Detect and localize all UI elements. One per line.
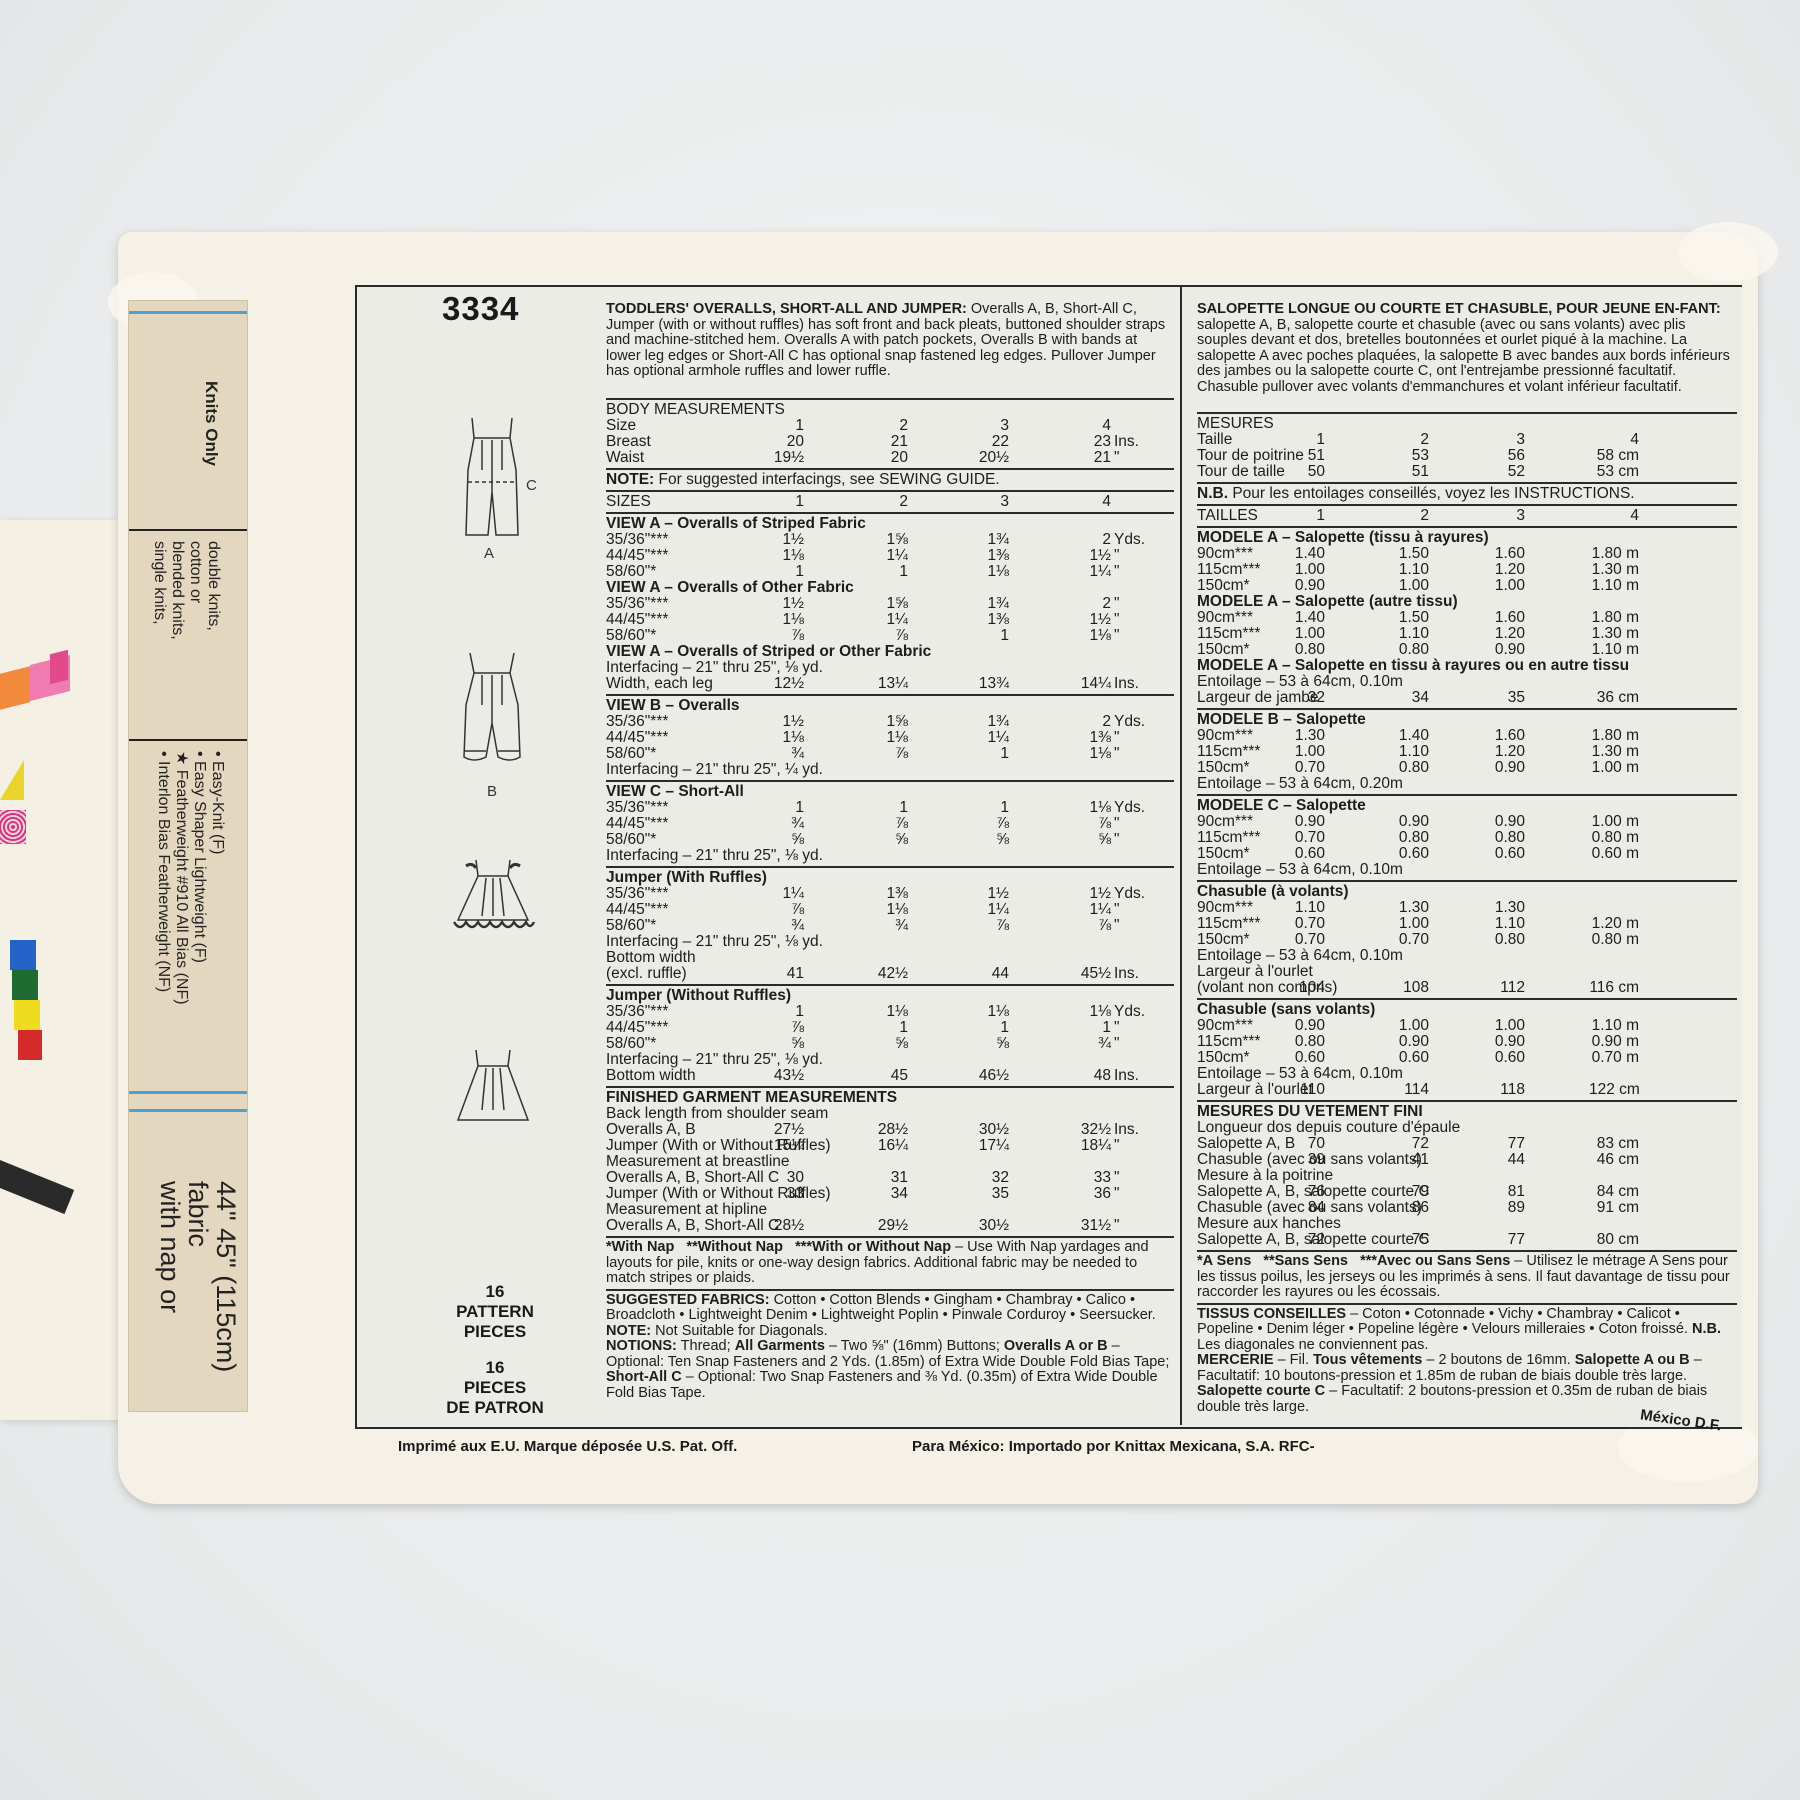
tissus-mercerie: TISSUS CONSEILLES – Coton • Cotonnade • … — [1197, 1307, 1737, 1416]
table-row: 115cm***0.700.800.800.80 m — [1197, 830, 1737, 846]
row-value: 42½ — [858, 966, 908, 982]
row-value: 1.00 — [1379, 916, 1429, 932]
row-value: 3 — [959, 418, 1009, 434]
table-row: Entoilage – 53 à 64cm, 0.10m — [1197, 862, 1737, 878]
row-label: 35/36"*** — [606, 1004, 668, 1020]
row-value: 28½ — [858, 1122, 908, 1138]
row-value: 2 — [1379, 508, 1429, 524]
tissus-nb-text: Les diagonales ne conviennent pas. — [1197, 1337, 1428, 1353]
row-value: ⅞ — [754, 902, 804, 918]
mercerie-tous-label: Tous vêtements — [1313, 1352, 1422, 1368]
row-unit: " — [1114, 596, 1120, 612]
row-value: 1.20 — [1475, 626, 1525, 642]
row-value: 20½ — [959, 450, 1009, 466]
row-value: 1 — [858, 1020, 908, 1036]
row-label: TAILLES — [1197, 508, 1258, 524]
row-value: 43½ — [754, 1068, 804, 1084]
rule — [606, 866, 1174, 868]
row-value: 1.00 — [1275, 562, 1325, 578]
row-value: 1.80 m — [1589, 546, 1639, 562]
row-label: Interfacing – 21" thru 25", ⅛ yd. — [606, 1052, 823, 1068]
row-label: Largeur à l'ourlet — [1197, 964, 1313, 980]
table-row: Entoilage – 53 à 64cm, 0.10m — [1197, 674, 1737, 690]
pieces-count-fr: 16 — [435, 1358, 555, 1378]
table-row: Interfacing – 21" thru 25", ⅛ yd. — [606, 848, 1174, 864]
rule — [606, 780, 1174, 782]
row-unit: " — [1114, 1020, 1120, 1036]
row-unit: " — [1114, 832, 1120, 848]
rule — [1197, 1303, 1737, 1305]
row-unit: " — [1114, 564, 1120, 580]
row-value: 1.10 m — [1589, 642, 1639, 658]
row-value: 1.00 — [1475, 1018, 1525, 1034]
table-row: 44/45"***1⅛1¼1⅜1½" — [606, 612, 1174, 628]
row-value: 1.00 — [1475, 578, 1525, 594]
notions-text: Thread; — [681, 1338, 731, 1354]
row-value: 52 — [1475, 464, 1525, 480]
fabric-width-1: 44" 45" (115cm) — [211, 1181, 241, 1372]
notions-text: – Two ⅝" (16mm) Buttons; — [829, 1338, 1000, 1354]
row-value: 50 — [1275, 464, 1325, 480]
table-row: 90cm***0.901.001.001.10 m — [1197, 1018, 1737, 1034]
row-value: 0.90 — [1275, 814, 1325, 830]
nb-row: N.B. Pour les entoilages conseillés, voy… — [1197, 486, 1737, 502]
row-value: 3 — [1475, 508, 1525, 524]
table-row: Salopette A, B, salopette courte C767981… — [1197, 1184, 1737, 1200]
row-label: Tour de taille — [1197, 464, 1285, 480]
row-value: 0.80 — [1475, 830, 1525, 846]
row-value: 1.10 — [1379, 562, 1429, 578]
row-value: 0.80 — [1379, 830, 1429, 846]
rule — [1197, 708, 1737, 710]
table-row: 150cm*0.600.600.600.60 m — [1197, 846, 1737, 862]
table-row: Bottom width43½4546½48Ins. — [606, 1068, 1174, 1084]
row-value: 29½ — [858, 1218, 908, 1234]
table-row: 44/45"***1⅛1⅛1¼1⅜" — [606, 730, 1174, 746]
row-label: Interfacing – 21" thru 25", ¼ yd. — [606, 762, 823, 778]
row-value: 16¼ — [858, 1138, 908, 1154]
row-value: 0.90 — [1275, 578, 1325, 594]
table-row: Overalls A, B27½28½30½32½Ins. — [606, 1122, 1174, 1138]
rule — [606, 398, 1174, 400]
table-row: 150cm*0.800.800.901.10 m — [1197, 642, 1737, 658]
jumper-plain-illustration — [448, 1040, 538, 1130]
row-value: 1.10 — [1379, 626, 1429, 642]
view-label-c: C — [526, 477, 537, 494]
section-title: BODY MEASUREMENTS — [606, 402, 1174, 418]
rule — [606, 512, 1174, 514]
table-row: Jumper (With or Without Ruffles)33343536… — [606, 1186, 1174, 1202]
row-value: 77 — [1475, 1136, 1525, 1152]
row-value: 1¾ — [959, 714, 1009, 730]
row-value: ⅞ — [858, 746, 908, 762]
row-value: 3 — [959, 494, 1009, 510]
section-title: FINISHED GARMENT MEASUREMENTS — [606, 1090, 1174, 1106]
language-divider — [1180, 285, 1182, 1425]
row-label: 58/60"* — [606, 746, 656, 762]
table-row: 35/36"***1½1⅝1¾2" — [606, 596, 1174, 612]
row-value: 1.40 — [1275, 610, 1325, 626]
row-value: 1 — [1061, 1020, 1111, 1036]
rule — [606, 694, 1174, 696]
row-value: 32 — [1275, 690, 1325, 706]
row-value: 86 — [1379, 1200, 1429, 1216]
table-row: Entoilage – 53 à 64cm, 0.10m — [1197, 1066, 1737, 1082]
row-value: 4 — [1589, 508, 1639, 524]
row-unit: " — [1114, 902, 1120, 918]
row-label: 90cm*** — [1197, 610, 1253, 626]
knit-type-4: single knits, — [150, 541, 169, 625]
row-label: Interfacing – 21" thru 25", ⅛ yd. — [606, 848, 823, 864]
row-value: 1⅛ — [1061, 628, 1111, 644]
french-title: SALOPETTE LONGUE OU COURTE ET CHASUBLE, … — [1197, 301, 1721, 317]
row-value: 12½ — [754, 676, 804, 692]
row-value: 36 cm — [1589, 690, 1639, 706]
rule — [1197, 482, 1737, 484]
divider — [129, 529, 247, 531]
row-value: 0.90 — [1475, 760, 1525, 776]
row-value: 1.10 — [1475, 916, 1525, 932]
jumper-ruffled-icon — [448, 850, 538, 940]
row-label: 35/36"*** — [606, 800, 668, 816]
row-value: 104 — [1275, 980, 1325, 996]
row-value: 34 — [858, 1186, 908, 1202]
row-value: 1.00 m — [1589, 760, 1639, 776]
row-label: Measurement at breastline — [606, 1154, 790, 1170]
row-value: 1 — [959, 628, 1009, 644]
row-value: ⅝ — [754, 832, 804, 848]
overalls-banded-icon — [452, 645, 532, 770]
row-value: 122 cm — [1589, 1082, 1639, 1098]
row-value: 0.60 — [1379, 846, 1429, 862]
row-value: 51 — [1275, 448, 1325, 464]
table-row: Entoilage – 53 à 64cm, 0.10m — [1197, 948, 1737, 964]
row-value: ⅞ — [858, 816, 908, 832]
row-value: 0.90 — [1475, 1034, 1525, 1050]
row-unit: " — [1114, 730, 1120, 746]
section-title: VIEW C – Short-All — [606, 784, 1174, 800]
fabrics-note-text: Not Suitable for Diagonals. — [655, 1323, 828, 1339]
row-value: 44 — [959, 966, 1009, 982]
table-row: Back length from shoulder seam — [606, 1106, 1174, 1122]
row-value: 89 — [1475, 1200, 1525, 1216]
row-label: 44/45"*** — [606, 548, 668, 564]
table-row: 150cm*0.600.600.600.70 m — [1197, 1050, 1737, 1066]
row-value: 77 — [1475, 1232, 1525, 1248]
table-row: Waist19½2020½21" — [606, 450, 1174, 466]
row-value: 2 — [858, 418, 908, 434]
row-value: 0.70 — [1275, 830, 1325, 846]
table-row: (volant non compris)104108112116 cm — [1197, 980, 1737, 996]
section-title: VIEW A – Overalls of Striped or Other Fa… — [606, 644, 1174, 660]
interfacing-1: • Easy-Knit (F) — [208, 751, 227, 854]
row-value: 48 — [1061, 1068, 1111, 1084]
row-value: 4 — [1589, 432, 1639, 448]
row-label: 115cm*** — [1197, 744, 1260, 760]
row-value: 1⅛ — [1061, 746, 1111, 762]
fabric-info-strip: Knits Only double knits, cotton or blend… — [128, 300, 248, 1412]
row-label: Entoilage – 53 à 64cm, 0.10m — [1197, 674, 1403, 690]
row-unit: " — [1114, 1036, 1120, 1052]
table-row: 44/45"***1⅛1¼1⅜1½" — [606, 548, 1174, 564]
rule — [1197, 880, 1737, 882]
table-row: SIZES1234 — [606, 494, 1174, 510]
row-value: 1⅜ — [959, 612, 1009, 628]
row-value: 1.20 — [1475, 562, 1525, 578]
row-value: 1.00 — [1379, 578, 1429, 594]
row-value: 1¼ — [1061, 564, 1111, 580]
color-bar-black — [0, 1160, 74, 1214]
table-row: Largeur de jambe32343536 cm — [1197, 690, 1737, 706]
table-row: 35/36"***1½1⅝1¾2Yds. — [606, 532, 1174, 548]
pieces-count: 16 — [440, 1282, 550, 1302]
section-title: MODELE B – Salopette — [1197, 712, 1737, 728]
table-row: Measurement at hipline — [606, 1202, 1174, 1218]
row-label: 90cm*** — [1197, 814, 1253, 830]
table-row: 35/36"***1111⅛Yds. — [606, 800, 1174, 816]
without-nap-label: **Without Nap — [686, 1239, 783, 1255]
rule — [606, 490, 1174, 492]
row-value: 30½ — [959, 1218, 1009, 1234]
row-value: 1.20 m — [1589, 916, 1639, 932]
row-label: 150cm* — [1197, 760, 1250, 776]
view-label-a: A — [484, 545, 494, 562]
table-row: 115cm***1.001.101.201.30 m — [1197, 626, 1737, 642]
row-value: 1.00 — [1275, 744, 1325, 760]
note-text: For suggested interfacings, see SEWING G… — [659, 471, 1000, 488]
row-unit: " — [1114, 816, 1120, 832]
row-unit: " — [1114, 628, 1120, 644]
row-value: 2 — [1061, 714, 1111, 730]
table-row: Interfacing – 21" thru 25", ⅛ yd. — [606, 660, 1174, 676]
row-value: 1.30 m — [1589, 626, 1639, 642]
row-label: 90cm*** — [1197, 728, 1253, 744]
nb-label: N.B. — [1197, 485, 1228, 502]
row-value: 0.70 — [1379, 932, 1429, 948]
pattern-pieces-en: 16 PATTERN PIECES — [440, 1282, 550, 1342]
mercerie-text: – Fil. — [1278, 1352, 1309, 1368]
row-value: 35 — [1475, 690, 1525, 706]
row-value: 1.00 — [1379, 1018, 1429, 1034]
row-label: Entoilage – 53 à 64cm, 0.10m — [1197, 948, 1403, 964]
row-value: 114 — [1379, 1082, 1429, 1098]
row-label: Interfacing – 21" thru 25", ⅛ yd. — [606, 934, 823, 950]
row-value: 0.60 — [1275, 846, 1325, 862]
section-title: Chasuble (à volants) — [1197, 884, 1737, 900]
row-value: 1.10 — [1275, 900, 1325, 916]
row-value: 3 — [1475, 432, 1525, 448]
row-value: 1.10 — [1379, 744, 1429, 760]
row-unit: Yds. — [1114, 800, 1145, 816]
row-value: 33 — [1061, 1170, 1111, 1186]
mercerie-text: – 2 boutons de 16mm. — [1426, 1352, 1570, 1368]
row-value: 1¼ — [754, 886, 804, 902]
row-value: 118 — [1475, 1082, 1525, 1098]
table-row: 35/36"***1¼1⅜1½1½Yds. — [606, 886, 1174, 902]
rule — [1197, 998, 1737, 1000]
row-label: Bottom width — [606, 1068, 696, 1084]
row-value: 0.70 — [1275, 916, 1325, 932]
row-value: 1¼ — [959, 730, 1009, 746]
row-value: 1 — [858, 800, 908, 816]
row-value: 72 — [1275, 1232, 1325, 1248]
table-row: Chasuble (avec ou sans volants)84868991 … — [1197, 1200, 1737, 1216]
row-value: 1 — [754, 494, 804, 510]
row-value: 53 cm — [1589, 464, 1639, 480]
fabrics-label: SUGGESTED FABRICS: — [606, 1292, 770, 1308]
row-value: 1⅛ — [858, 1004, 908, 1020]
row-value: 0.60 — [1475, 846, 1525, 862]
table-row: 115cm***1.001.101.201.30 m — [1197, 744, 1737, 760]
divider — [129, 739, 247, 741]
row-value: 1⅝ — [858, 714, 908, 730]
row-value: 0.80 — [1275, 1034, 1325, 1050]
row-label: 90cm*** — [1197, 1018, 1253, 1034]
row-value: 18¼ — [1061, 1138, 1111, 1154]
row-unit: " — [1114, 450, 1120, 466]
row-value: 30 — [754, 1170, 804, 1186]
rule — [1197, 1250, 1737, 1252]
row-value: 1⅛ — [754, 612, 804, 628]
row-value: 45½ — [1061, 966, 1111, 982]
row-value: 58 cm — [1589, 448, 1639, 464]
row-value: 75 — [1379, 1232, 1429, 1248]
row-value: 112 — [1475, 980, 1525, 996]
section-title: MODELE A – Salopette en tissu à rayures … — [1197, 658, 1737, 674]
avec-ou-sans-sens-label: ***Avec ou Sans Sens — [1360, 1253, 1510, 1269]
row-value: 27½ — [754, 1122, 804, 1138]
knits-only-label: Knits Only — [202, 381, 221, 466]
row-value: ⅝ — [959, 1036, 1009, 1052]
mercerie-label: MERCERIE — [1197, 1352, 1274, 1368]
row-unit: " — [1114, 918, 1120, 934]
row-value: 81 — [1475, 1184, 1525, 1200]
row-value: 1 — [754, 1004, 804, 1020]
rule — [1197, 794, 1737, 796]
table-row: 115cm***1.001.101.201.30 m — [1197, 562, 1737, 578]
row-unit: " — [1114, 1186, 1120, 1202]
row-label: Back length from shoulder seam — [606, 1106, 828, 1122]
row-value: 1⅛ — [858, 730, 908, 746]
table-row: Salopette A, B, salopette courte C727577… — [1197, 1232, 1737, 1248]
english-column: TODDLERS' OVERALLS, SHORT-ALL AND JUMPER… — [606, 302, 1174, 1401]
section-title: MODELE A – Salopette (autre tissu) — [1197, 594, 1737, 610]
row-value: 21 — [1061, 450, 1111, 466]
row-value: ⅝ — [858, 1036, 908, 1052]
table-row: Interfacing – 21" thru 25", ⅛ yd. — [606, 1052, 1174, 1068]
table-row: Width, each leg12½13¼13¾14¼Ins. — [606, 676, 1174, 692]
note-label: NOTE: — [606, 471, 654, 488]
row-label: 58/60"* — [606, 564, 656, 580]
table-row: Largeur à l'ourlet110114118122 cm — [1197, 1082, 1737, 1098]
row-unit: Ins. — [1114, 676, 1139, 692]
row-unit: Ins. — [1114, 434, 1139, 450]
row-label: Entoilage – 53 à 64cm, 0.10m — [1197, 1066, 1403, 1082]
row-value: 0.90 — [1379, 814, 1429, 830]
row-unit: Yds. — [1114, 886, 1145, 902]
knit-type-2: cotton or — [186, 541, 205, 603]
row-value: ⅞ — [959, 918, 1009, 934]
row-value: 23 — [1061, 434, 1111, 450]
row-label: 150cm* — [1197, 932, 1250, 948]
pieces-label-line2: PIECES — [440, 1322, 550, 1342]
row-label: 115cm*** — [1197, 830, 1260, 846]
table-row: Entoilage – 53 à 64cm, 0.20m — [1197, 776, 1737, 792]
row-value: 1.80 m — [1589, 728, 1639, 744]
row-value: 0.90 — [1475, 814, 1525, 830]
table-row: Mesure à la poitrine — [1197, 1168, 1737, 1184]
row-value: 1⅛ — [959, 564, 1009, 580]
row-value: ⅞ — [959, 816, 1009, 832]
row-label: 115cm*** — [1197, 562, 1260, 578]
row-value: 76 — [1275, 1184, 1325, 1200]
row-value: 32½ — [1061, 1122, 1111, 1138]
row-value: 2 — [1061, 532, 1111, 548]
row-value: 56 — [1475, 448, 1525, 464]
row-unit: " — [1114, 612, 1120, 628]
interfacing-4: • Interlon Bias Featherweight (NF) — [154, 751, 173, 992]
fabric-width-3: with nap or — [155, 1181, 185, 1313]
row-unit: " — [1114, 746, 1120, 762]
section-title: Chasuble (sans volants) — [1197, 1002, 1737, 1018]
row-value: ⅞ — [1061, 918, 1111, 934]
row-unit: " — [1114, 548, 1120, 564]
row-value: 1½ — [1061, 548, 1111, 564]
row-value: 1⅝ — [858, 596, 908, 612]
row-value: 1.60 — [1475, 728, 1525, 744]
row-label: 44/45"*** — [606, 902, 668, 918]
row-value: 1.30 m — [1589, 744, 1639, 760]
table-row: Tour de poitrine51535658 cm — [1197, 448, 1737, 464]
row-value: 72 — [1379, 1136, 1429, 1152]
section-title: Jumper (Without Ruffles) — [606, 988, 1174, 1004]
row-label: 58/60"* — [606, 918, 656, 934]
fabric-width-2: fabric — [183, 1181, 213, 1247]
section-title: VIEW A – Overalls of Striped Fabric — [606, 516, 1174, 532]
body-measurements: BODY MEASUREMENTSSize1234Breast20212223I… — [606, 402, 1174, 466]
row-value: 0.90 m — [1589, 1034, 1639, 1050]
row-label: 115cm*** — [1197, 626, 1260, 642]
row-label: Mesure à la poitrine — [1197, 1168, 1333, 1184]
row-value: 1⅜ — [959, 548, 1009, 564]
row-value: 44 — [1475, 1152, 1525, 1168]
rule — [606, 984, 1174, 986]
row-value: 2 — [1379, 432, 1429, 448]
row-value: 31 — [858, 1170, 908, 1186]
row-value: 1 — [959, 800, 1009, 816]
row-value: 1½ — [959, 886, 1009, 902]
row-label: 35/36"*** — [606, 886, 668, 902]
row-value: 84 cm — [1589, 1184, 1639, 1200]
row-value: 1⅛ — [959, 1004, 1009, 1020]
row-value: 0.70 — [1275, 760, 1325, 776]
row-value: 83 cm — [1589, 1136, 1639, 1152]
row-value: 1 — [754, 564, 804, 580]
row-value: 34 — [1379, 690, 1429, 706]
sans-sens-label: **Sans Sens — [1263, 1253, 1348, 1269]
row-label: Interfacing – 21" thru 25", ⅛ yd. — [606, 660, 823, 676]
row-unit: Yds. — [1114, 532, 1145, 548]
row-label: 35/36"*** — [606, 714, 668, 730]
fabrics-note-label: NOTE: — [606, 1323, 651, 1339]
row-label: Mesure aux hanches — [1197, 1216, 1341, 1232]
row-value: 39 — [1275, 1152, 1325, 1168]
row-value: 1⅛ — [1061, 800, 1111, 816]
row-value: 1.50 — [1379, 546, 1429, 562]
table-row: 115cm***0.800.900.900.90 m — [1197, 1034, 1737, 1050]
pieces-label-fr-line2: DE PATRON — [435, 1398, 555, 1418]
row-label: 35/36"*** — [606, 596, 668, 612]
